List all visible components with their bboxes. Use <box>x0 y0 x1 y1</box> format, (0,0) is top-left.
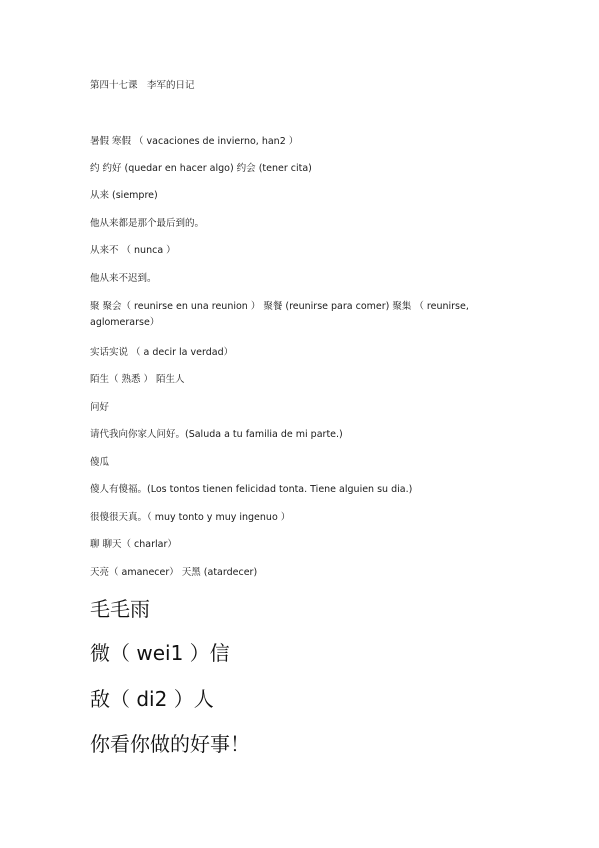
vocab-line: 实话实说 （ a decir la verdad） <box>90 345 233 361</box>
example-sentence: 傻人有傻福。(Los tontos tienen felicidad tonta… <box>90 482 412 498</box>
vocab-line: 聚 聚会（ reunirse en una reunion ） 聚餐 (reun… <box>90 299 520 331</box>
vocab-line: 聊 聊天（ charlar） <box>90 537 177 553</box>
example-sentence: 他从来都是那个最后到的。 <box>90 216 204 232</box>
vocab-line: 暑假 寒假 （ vacaciones de invierno, han2 ） <box>90 134 298 150</box>
vocab-line: 从来 (siempre) <box>90 188 158 204</box>
example-sentence: 很傻很天真。（ muy tonto y muy ingenuo ） <box>90 510 290 526</box>
vocab-line: 天亮（ amanecer） 天黑 (atardecer) <box>90 565 257 581</box>
large-vocab-line: 微（ wei1 ）信 <box>90 640 230 666</box>
vocab-line: 约 约好 (quedar en hacer algo) 约会 (tener ci… <box>90 161 312 177</box>
vocab-line: 陌生（ 熟悉 ） 陌生人 <box>90 372 185 388</box>
vocab-line: 问好 <box>90 400 109 416</box>
large-vocab-line: 毛毛雨 <box>90 596 150 622</box>
large-vocab-line: 敌（ di2 ）人 <box>90 686 214 712</box>
vocab-line: 从来不 （ nunca ） <box>90 243 176 259</box>
large-vocab-line: 你看你做的好事！ <box>90 731 250 757</box>
example-sentence: 请代我向你家人问好。(Saluda a tu familia de mi par… <box>90 427 343 443</box>
vocab-line: 傻瓜 <box>90 455 109 471</box>
example-sentence: 他从来不迟到。 <box>90 271 157 287</box>
lesson-title: 第四十七课 李军的日记 <box>90 78 195 94</box>
